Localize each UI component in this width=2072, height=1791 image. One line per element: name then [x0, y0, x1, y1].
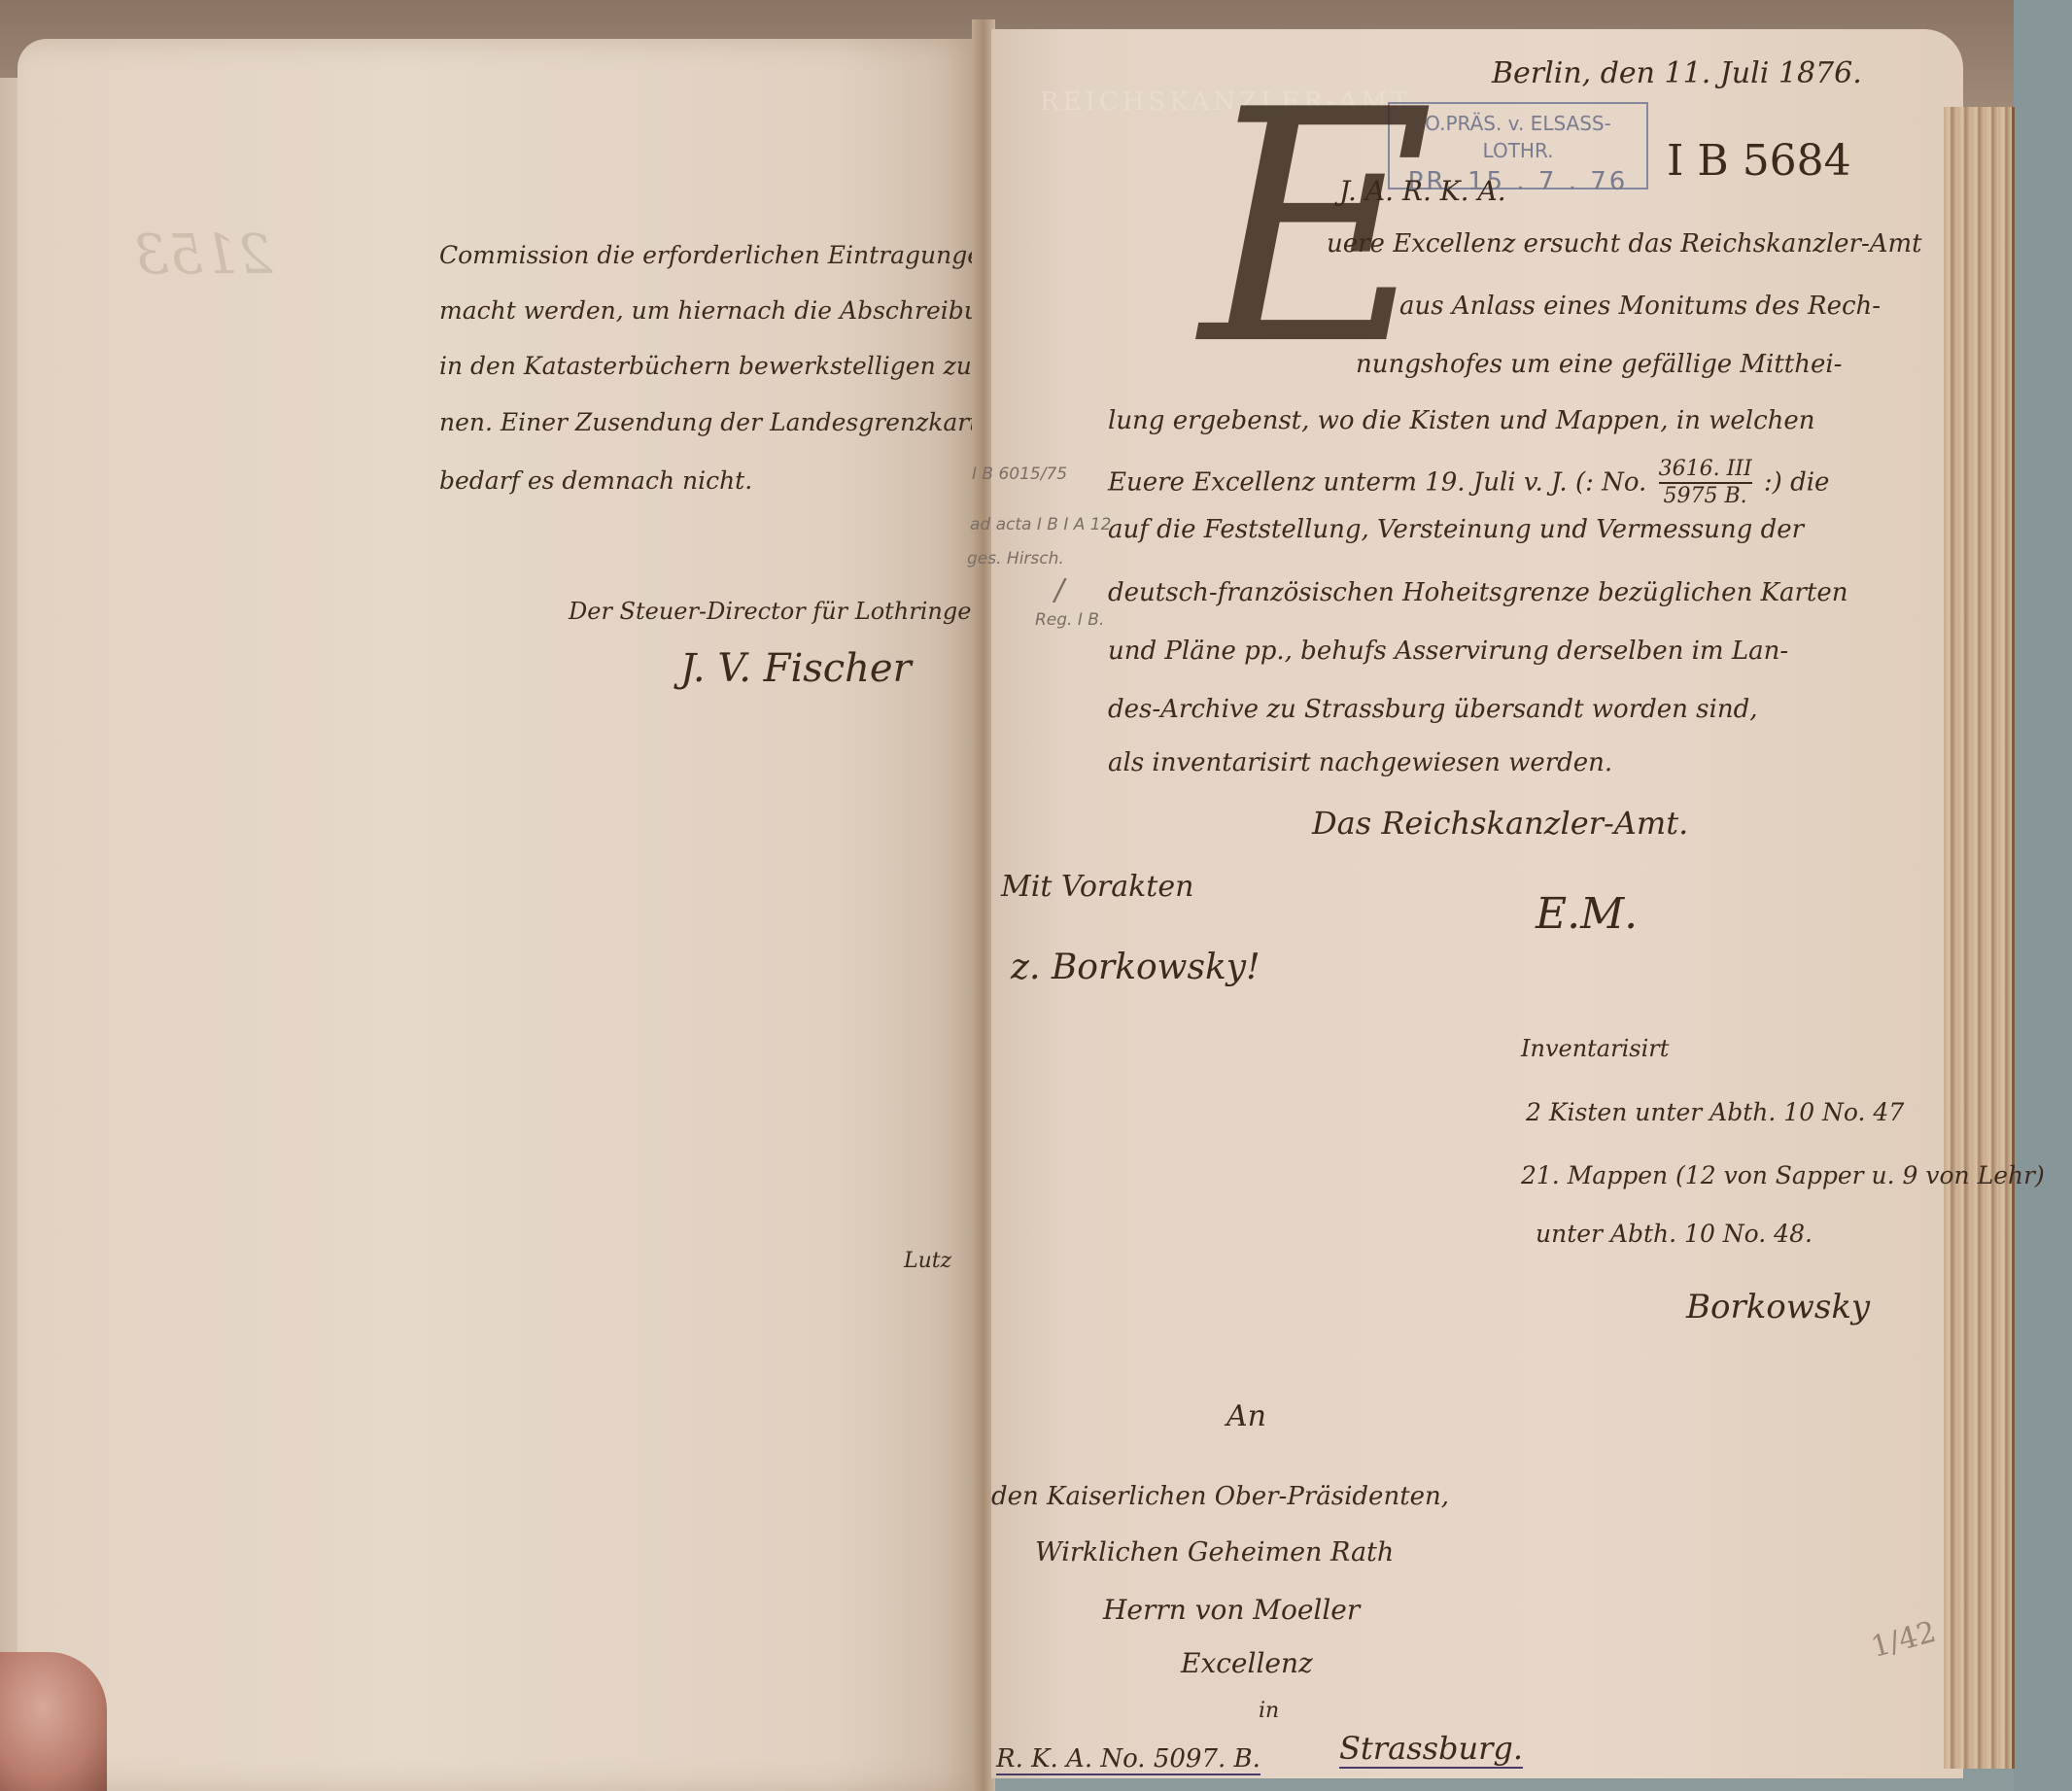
margin-note: ges. Hirsch. [967, 549, 1064, 568]
address-line: in [1259, 1699, 1279, 1723]
margin-note: / [1054, 573, 1064, 607]
left-body-line: bedarf es demnach nicht. [439, 466, 752, 495]
margin-note: Reg. I B. [1035, 610, 1104, 630]
right-body-line: als inventarisirt nachgewiesen werden. [1108, 748, 1612, 777]
page-stack-edge [1944, 107, 2015, 1769]
dateline: Berlin, den 11. Juli 1876. [1492, 56, 1862, 90]
inventory-line: 2 Kisten unter Abth. 10 No. 47 [1526, 1098, 1904, 1126]
left-bottom-mark: Lutz [904, 1249, 951, 1273]
right-body-line: deutsch-französischen Hoheitsgrenze bezü… [1108, 578, 1848, 607]
right-body-line: aus Anlass eines Monitums des Rech- [1399, 292, 1881, 321]
ref-fraction: 3616. III 5975 B. [1659, 457, 1752, 510]
initials: E.M. [1536, 889, 1638, 939]
right-body-line: Euere Excellenz unterm 19. Juli v. J. (:… [1108, 457, 1829, 510]
right-body-line: auf die Feststellung, Versteinung und Ve… [1108, 515, 1804, 544]
table-surface [2014, 0, 2072, 1791]
left-signature: J. V. Fischer [680, 646, 912, 691]
ref-suffix: :) die [1764, 467, 1830, 497]
inventory-line: unter Abth. 10 No. 48. [1536, 1220, 1813, 1248]
body-text: Euere Excellenz unterm 19. Juli v. J. [1108, 467, 1568, 497]
ref-prefix: (: No. [1575, 467, 1646, 497]
inventory-signature: Borkowsky [1686, 1288, 1870, 1326]
ref-denominator: 5975 B. [1659, 484, 1752, 509]
left-body-line: nen. Einer Zusendung der Landesgrenzkart… [439, 408, 1009, 436]
bleed-page-number: 2153 [134, 224, 273, 287]
journal-number: I B 5684 [1667, 136, 1851, 186]
address-line: Wirklichen Geheimen Rath [1035, 1537, 1394, 1567]
margin-note: ad acta I B I A 12 [970, 515, 1111, 534]
right-body-line: nungshofes um eine gefällige Mitthei- [1356, 350, 1842, 379]
right-body-line: lung ergebenst, wo die Kisten und Mappen… [1108, 406, 1815, 435]
file-number: R. K. A. No. 5097. B. [996, 1744, 1260, 1775]
margin-note: I B 6015/75 [972, 465, 1067, 484]
note-borkowsky: z. Borkowsky! [1011, 947, 1260, 987]
left-closing: Der Steuer-Director für Lothringen. [569, 598, 994, 625]
address-city: Strassburg. [1339, 1730, 1523, 1769]
inventory-heading: Inventarisirt [1521, 1035, 1669, 1062]
decorative-initial: E [1200, 68, 1434, 389]
left-body-line: in den Katasterbüchern bewerkstelligen z… [439, 352, 1033, 380]
address-line: Herrn von Moeller [1103, 1594, 1360, 1626]
thumb-holding-page [0, 1652, 107, 1791]
left-body-line: Commission die erforderlichen Eintragung… [439, 241, 1043, 269]
inventory-line: 21. Mappen (12 von Sapper u. 9 von Lehr) [1521, 1161, 2045, 1189]
ref-numerator: 3616. III [1659, 457, 1752, 484]
right-body-line: und Pläne pp., behufs Asservirung dersel… [1108, 637, 1788, 666]
left-body-line: macht werden, um hiernach die Abschreibu… [439, 296, 1041, 325]
address-line: An [1226, 1399, 1266, 1433]
right-body-line: uere Excellenz ersucht das Reichskanzler… [1327, 229, 1922, 258]
address-line: Excellenz [1181, 1647, 1313, 1679]
address-line: den Kaiserlichen Ober-Präsidenten, [991, 1482, 1449, 1511]
note-vorakten: Mit Vorakten [1001, 870, 1193, 904]
right-body-line: des-Archive zu Strassburg übersandt word… [1108, 695, 1757, 724]
signoff: Das Reichskanzler-Amt. [1312, 805, 1688, 842]
